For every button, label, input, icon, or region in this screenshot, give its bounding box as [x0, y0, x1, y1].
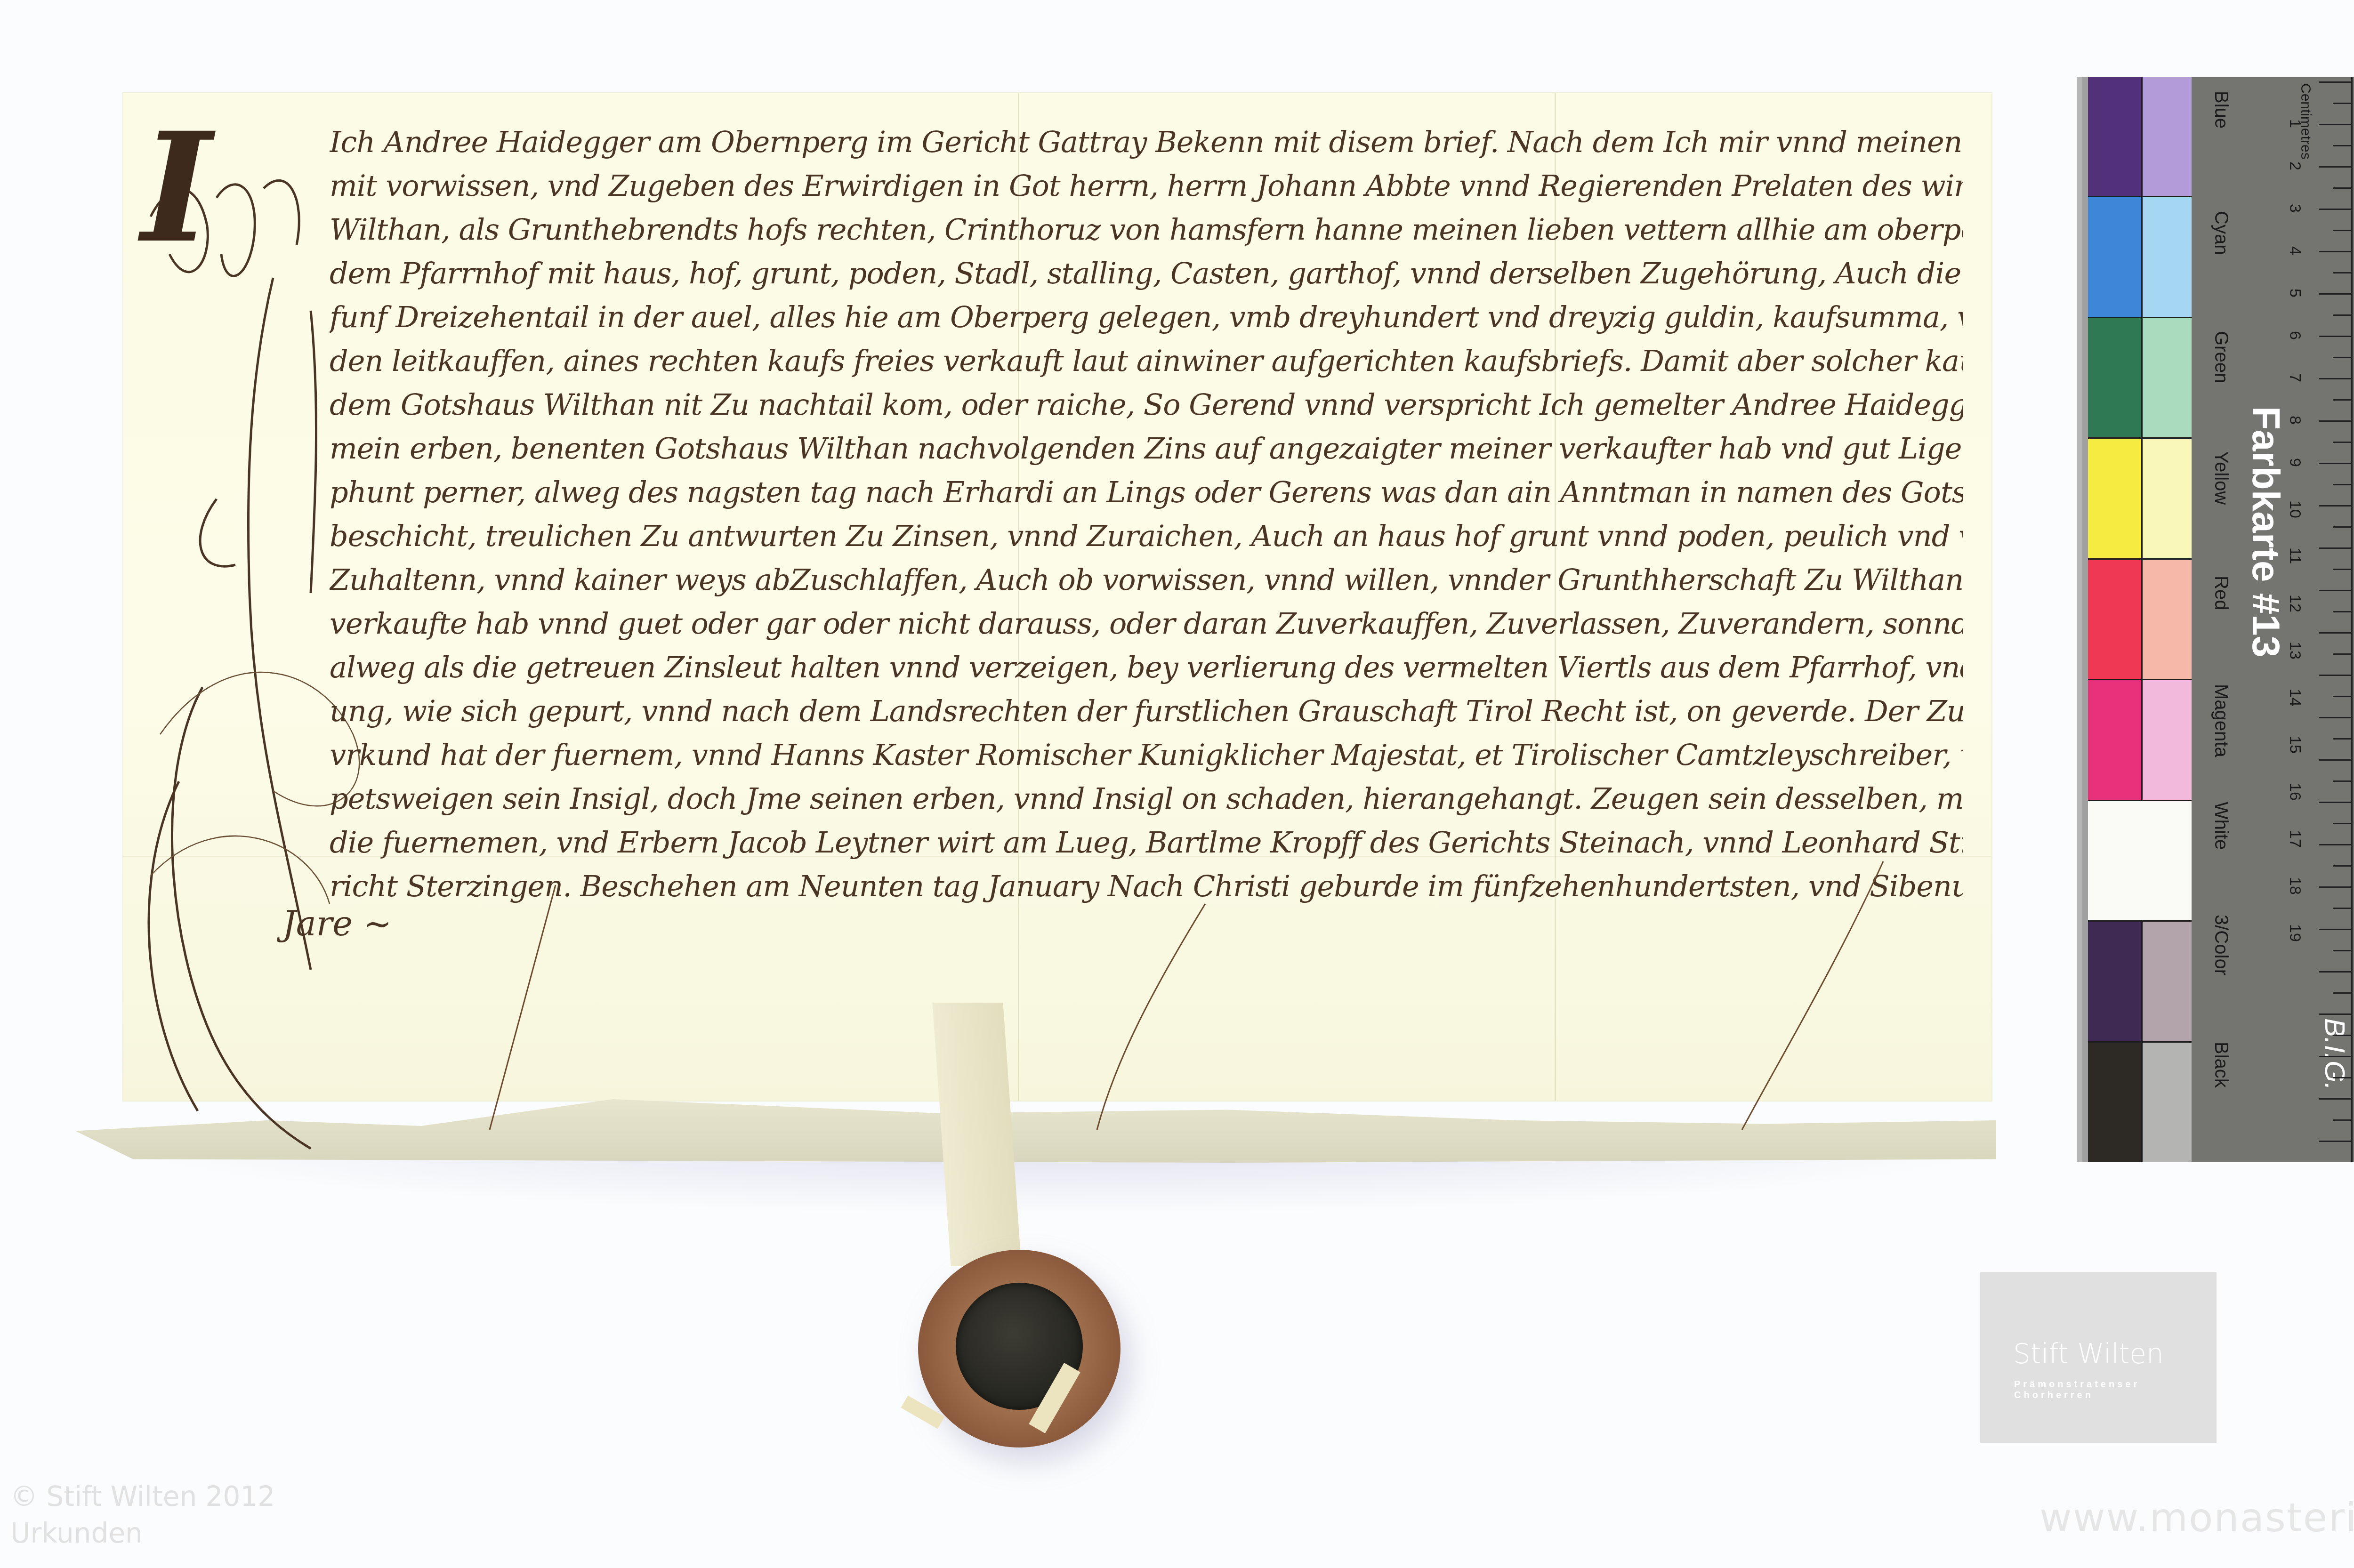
- ruler-tick: [2333, 103, 2352, 104]
- row-label-magenta: Magenta: [2210, 684, 2232, 757]
- swatch-black-dark: [2088, 1043, 2141, 1162]
- ruler-edge: [2351, 77, 2353, 1162]
- ruler-tick: [2319, 378, 2352, 379]
- swatch-red-dark: [2088, 560, 2141, 679]
- wax-seal: [918, 1250, 1121, 1447]
- ruler-tick: [2333, 823, 2352, 824]
- cm-tick-label: 6: [2286, 331, 2304, 340]
- ruler-tick: [2333, 950, 2352, 951]
- ruler-tick: [2333, 357, 2352, 358]
- swatch-green-dark: [2088, 318, 2141, 437]
- ruler-tick: [2319, 420, 2352, 422]
- row-label-cyan: Cyan: [2210, 211, 2232, 255]
- swatch-grid: [2088, 77, 2195, 1162]
- ruler-tick: [2319, 505, 2352, 507]
- ruler-tick: [2333, 145, 2352, 146]
- ruler-tick: [2319, 81, 2352, 83]
- ruler-tick: [2333, 1077, 2352, 1078]
- ruler-tick: [2319, 166, 2352, 168]
- swatch-blue-dark: [2088, 77, 2141, 196]
- ruler-tick: [2333, 230, 2352, 231]
- ruler-tick: [2333, 992, 2352, 994]
- swatch-yellow-dark: [2088, 439, 2141, 558]
- copyright-notice: © Stift Wilten 2012 Urkunden: [10, 1478, 275, 1552]
- cm-tick-label: 17: [2286, 830, 2304, 848]
- ruler-tick: [2333, 569, 2352, 570]
- ruler-tick: [2333, 653, 2352, 655]
- row-label-yellow: Yellow: [2210, 451, 2232, 505]
- ruler-tick: [2333, 272, 2352, 273]
- cm-tick-label: 3: [2286, 204, 2304, 213]
- cm-tick-label: 10: [2286, 500, 2304, 518]
- site-url-watermark[interactable]: www.monasterium.net: [2040, 1495, 2354, 1541]
- ruler-tick: [2319, 293, 2352, 295]
- ruler-tick: [2333, 908, 2352, 909]
- swatch-cyan-dark: [2088, 197, 2141, 316]
- row-label-green: Green: [2210, 331, 2232, 383]
- swatch-magenta-light: [2143, 680, 2196, 799]
- ruler-tick: [2319, 929, 2352, 930]
- cm-tick-label: 12: [2286, 595, 2304, 612]
- ruler-tick: [2319, 1098, 2352, 1100]
- ruler-tick: [2333, 611, 2352, 612]
- ruler-tick: [2319, 336, 2352, 337]
- swatch-magenta-dark: [2088, 680, 2141, 799]
- ruler-tick: [2319, 251, 2352, 252]
- row-label-black: Black: [2210, 1042, 2232, 1088]
- pen-strokes-icon: [0, 0, 2354, 1177]
- stift-wilten-logo-box: Stift Wilten Prämonstratenser Chorherren: [1980, 1272, 2217, 1443]
- ruler-tick: [2319, 1056, 2352, 1057]
- ruler-tick: [2319, 971, 2352, 973]
- ruler-tick: [2319, 844, 2352, 845]
- swatch-3color-light: [2143, 922, 2196, 1041]
- ruler-tick: [2333, 442, 2352, 443]
- swatch-white: [2088, 801, 2195, 920]
- ruler-tick: [2319, 886, 2352, 888]
- ruler-tick: [2333, 738, 2352, 740]
- cm-tick-label: 5: [2286, 289, 2304, 298]
- cm-tick-label: 19: [2286, 924, 2304, 942]
- cm-tick-label: 15: [2286, 736, 2304, 754]
- chart-brand-mark: B.I.G.: [2319, 1018, 2351, 1090]
- ruler-tick: [2319, 124, 2352, 125]
- ruler-tick: [2319, 802, 2352, 803]
- ruler-tick: [2333, 526, 2352, 528]
- ruler-tick: [2319, 717, 2352, 718]
- swatch-cyan-light: [2143, 197, 2196, 316]
- seal-strap-end: [901, 1396, 945, 1429]
- swatch-yellow-light: [2143, 439, 2196, 558]
- ruler-tick: [2319, 547, 2352, 549]
- ruler-tick: [2319, 632, 2352, 634]
- ruler-tick: [2319, 1141, 2352, 1142]
- row-label-white: White: [2210, 802, 2232, 850]
- swatch-green-light: [2143, 318, 2196, 437]
- cm-tick-label: 11: [2286, 547, 2304, 564]
- ruler-tick: [2333, 314, 2352, 316]
- collection-line: Urkunden: [10, 1515, 275, 1552]
- ruler-tick: [2333, 484, 2352, 485]
- cm-tick-label: 8: [2286, 416, 2304, 425]
- cm-tick-label: 14: [2286, 689, 2304, 707]
- cm-tick-label: 9: [2286, 458, 2304, 467]
- ruler-tick: [2333, 1119, 2352, 1121]
- ruler-tick: [2319, 463, 2352, 464]
- cm-tick-label: 7: [2286, 373, 2304, 382]
- cm-tick-label: 4: [2286, 246, 2304, 255]
- cm-tick-label: 18: [2286, 877, 2304, 895]
- brand-subtitle: Prämonstratenser Chorherren: [2014, 1379, 2217, 1401]
- ruler-tick: [2319, 759, 2352, 761]
- ruler-tick: [2333, 865, 2352, 867]
- measurement-ruler: Farbkarte #13 B.I.G. Centimetres Inches …: [2192, 77, 2354, 1162]
- ruler-tick: [2333, 187, 2352, 189]
- brand-title: Stift Wilten: [2013, 1338, 2164, 1370]
- row-label-red: Red: [2210, 576, 2232, 610]
- ruler-tick: [2319, 590, 2352, 591]
- cm-tick-label: 2: [2286, 161, 2304, 170]
- ruler-tick: [2333, 1035, 2352, 1036]
- swatch-blue-light: [2143, 77, 2196, 196]
- chart-title: Farbkarte #13: [2243, 406, 2288, 657]
- swatch-red-light: [2143, 560, 2196, 679]
- cm-tick-label: 1: [2286, 119, 2304, 128]
- ruler-tick: [2333, 780, 2352, 782]
- cm-tick-label: 13: [2286, 642, 2304, 659]
- swatch-black-light: [2143, 1043, 2196, 1162]
- cm-tick-label: 16: [2286, 783, 2304, 801]
- swatch-3color-dark: [2088, 922, 2141, 1041]
- ruler-tick: [2319, 1013, 2352, 1015]
- row-label-3color: 3/Color: [2210, 915, 2232, 975]
- ruler-tick: [2333, 696, 2352, 697]
- ruler-tick: [2333, 399, 2352, 401]
- copyright-line: © Stift Wilten 2012: [10, 1478, 275, 1515]
- ruler-tick: [2319, 675, 2352, 676]
- ruler-tick: [2319, 209, 2352, 210]
- row-label-blue: Blue: [2210, 91, 2232, 129]
